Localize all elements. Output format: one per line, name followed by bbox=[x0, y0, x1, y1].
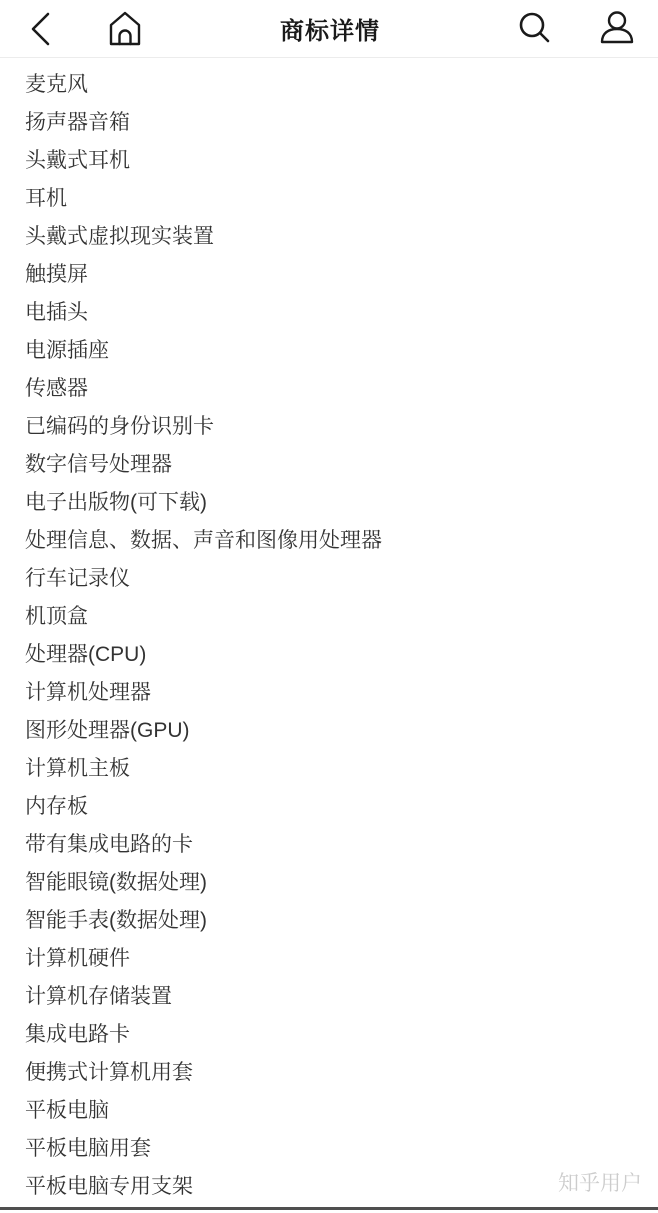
list-item: 处理信息、数据、声音和图像用处理器 bbox=[0, 522, 658, 560]
list-item: 智能眼镜(数据处理) bbox=[0, 864, 658, 902]
list-item: 头戴式虚拟现实装置 bbox=[0, 218, 658, 256]
list-item: 机顶盒 bbox=[0, 598, 658, 636]
list-item: 耳机 bbox=[0, 180, 658, 218]
list-item: 便携式计算机用套 bbox=[0, 1054, 658, 1092]
list-item: 智能手表(数据处理) bbox=[0, 902, 658, 940]
list-item: 数字信号处理器 bbox=[0, 446, 658, 484]
search-icon bbox=[516, 10, 554, 48]
profile-button[interactable] bbox=[596, 8, 638, 50]
list-item: 麦克风 bbox=[0, 66, 658, 104]
list-item: 平板电脑用套 bbox=[0, 1130, 658, 1168]
user-profile-icon bbox=[597, 9, 637, 49]
list-item: 扬声器音箱 bbox=[0, 104, 658, 142]
list-item: 计算机主板 bbox=[0, 750, 658, 788]
list-item: 内存板 bbox=[0, 788, 658, 826]
page-title: 商标详情 bbox=[146, 11, 514, 46]
home-icon bbox=[106, 10, 144, 48]
home-button[interactable] bbox=[104, 8, 146, 50]
list-item: 图形处理器(GPU) bbox=[0, 712, 658, 750]
list-item: 计算机处理器 bbox=[0, 674, 658, 712]
back-chevron-icon bbox=[28, 10, 54, 48]
header: 商标详情 bbox=[0, 0, 658, 58]
list-item: 传感器 bbox=[0, 370, 658, 408]
goods-list: 麦克风扬声器音箱头戴式耳机耳机头戴式虚拟现实装置触摸屏电插头电源插座传感器已编码… bbox=[0, 58, 658, 1206]
back-button[interactable] bbox=[20, 8, 62, 50]
list-item: 行车记录仪 bbox=[0, 560, 658, 598]
list-item: 头戴式耳机 bbox=[0, 142, 658, 180]
list-item: 处理器(CPU) bbox=[0, 636, 658, 674]
list-item: 计算机存储装置 bbox=[0, 978, 658, 1016]
list-item: 平板电脑专用支架 bbox=[0, 1168, 658, 1206]
list-item: 电子出版物(可下载) bbox=[0, 484, 658, 522]
list-item: 已编码的身份识别卡 bbox=[0, 408, 658, 446]
list-item: 电插头 bbox=[0, 294, 658, 332]
bottom-edge-line bbox=[0, 1207, 658, 1210]
list-item: 平板电脑 bbox=[0, 1092, 658, 1130]
list-item: 计算机硬件 bbox=[0, 940, 658, 978]
search-button[interactable] bbox=[514, 8, 556, 50]
list-item: 电源插座 bbox=[0, 332, 658, 370]
list-item: 集成电路卡 bbox=[0, 1016, 658, 1054]
list-item: 带有集成电路的卡 bbox=[0, 826, 658, 864]
list-item: 触摸屏 bbox=[0, 256, 658, 294]
